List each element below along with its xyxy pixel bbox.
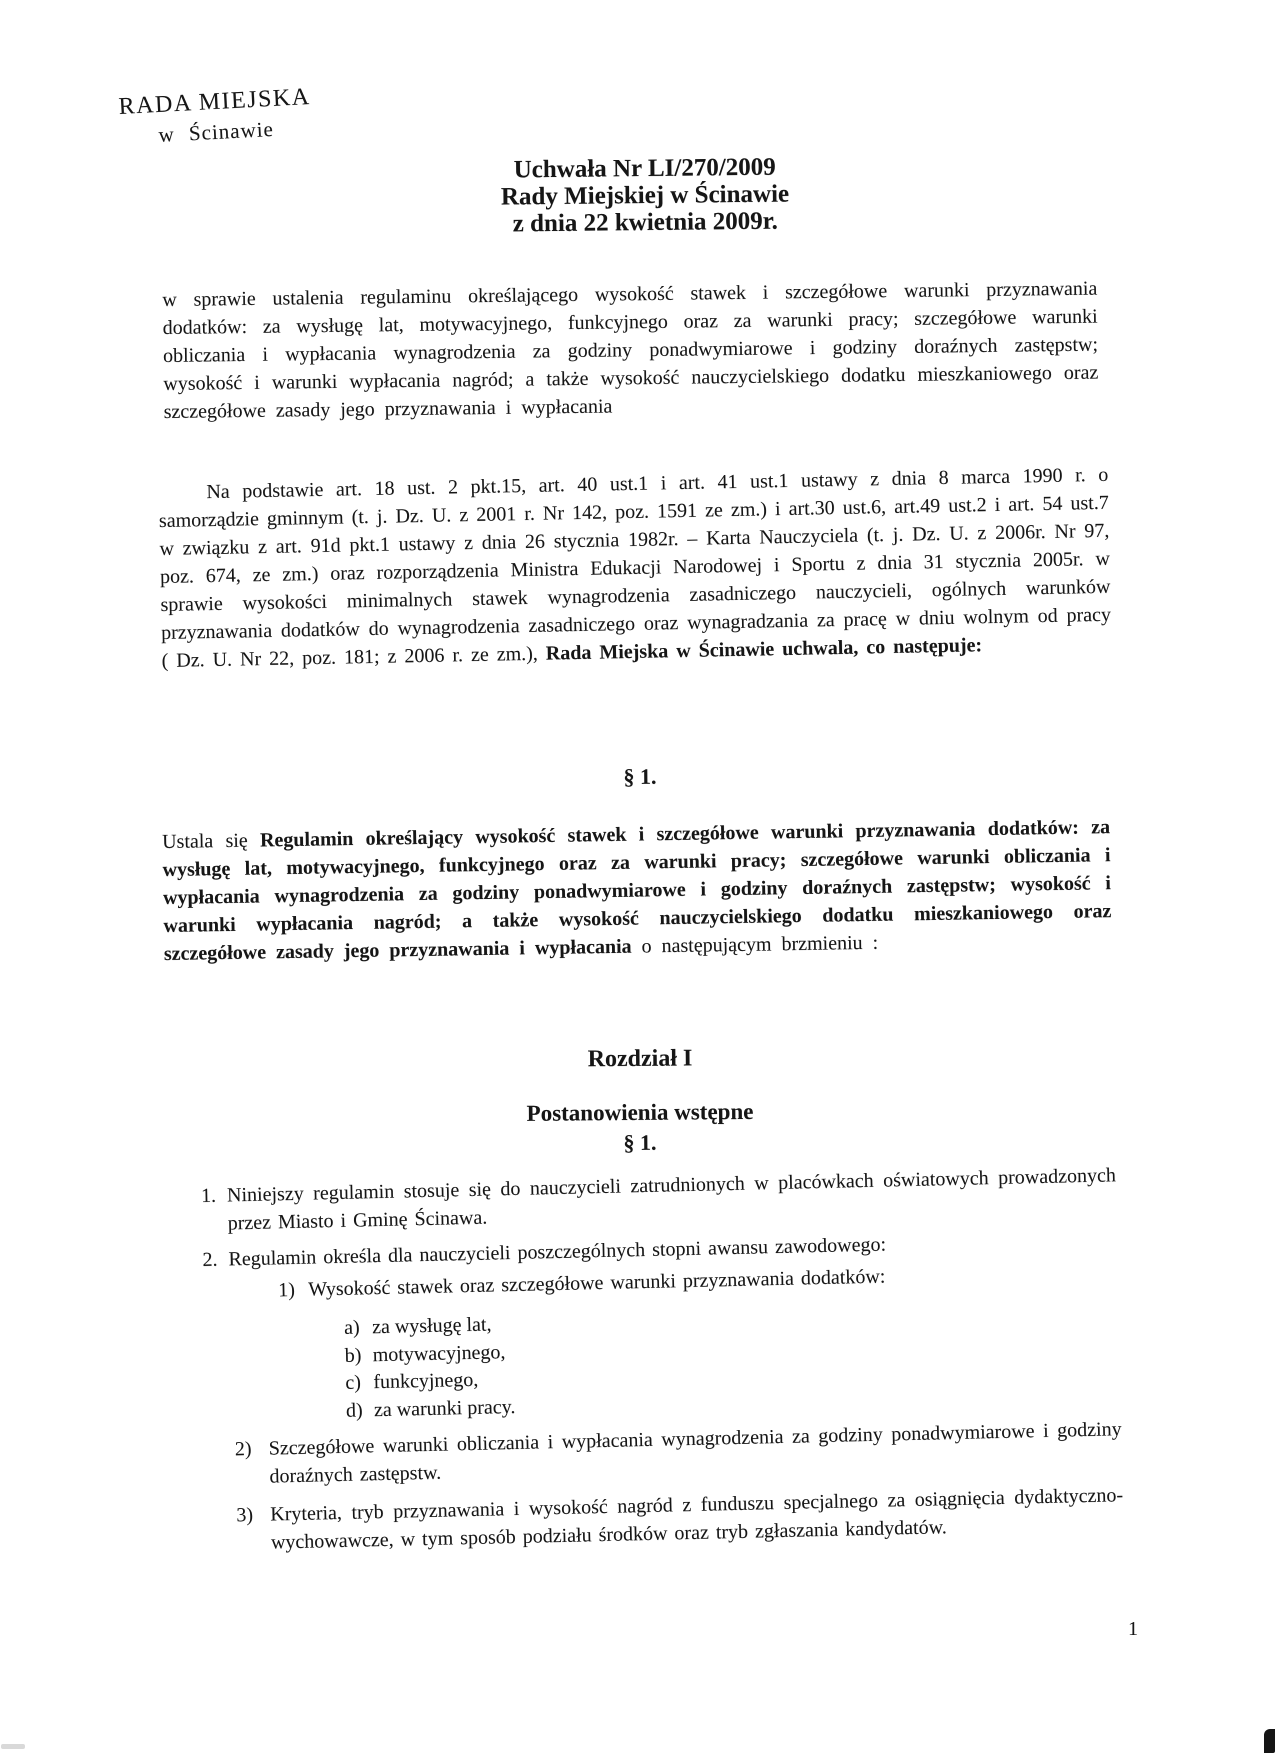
chapter-section-heading: § 1. [165, 1126, 1115, 1160]
council-stamp: RADA MIEJSKA w Ścinawie [118, 84, 313, 150]
scan-artifact-bottom-right [1264, 1729, 1275, 1753]
list-item-1-marker: 1. [201, 1181, 228, 1238]
letter-item-b-text: motywacyjnego, [372, 1339, 505, 1370]
resolution-lead-text: Ustala się [162, 829, 260, 853]
list-item-1: 1. Niniejszy regulamin stosuje się do na… [201, 1161, 1117, 1238]
resolution-title: Uchwała Nr LI/270/2009 Rady Miejskiej w … [170, 150, 1121, 241]
regulation-list: 1. Niniejszy regulamin stosuje się do na… [201, 1161, 1124, 1558]
list-item-2-marker: 2. [202, 1245, 229, 1274]
letter-item-c-marker: c) [345, 1369, 374, 1397]
chapter-subtitle: Postanowienia wstępne [165, 1096, 1115, 1130]
letter-item-a-marker: a) [344, 1314, 373, 1342]
scan-artifact-bottom-left [1, 1744, 25, 1749]
list-subitem-3-marker: 3) [236, 1501, 271, 1558]
list-subitem-3: 3) Kryteria, tryb przyznawania i wysokoś… [236, 1481, 1124, 1557]
page-number: 1 [1128, 1618, 1138, 1641]
scanned-document-page: RADA MIEJSKA w Ścinawie Uchwała Nr LI/27… [0, 0, 1275, 1753]
letter-item-d-text: za warunki pracy. [374, 1393, 516, 1424]
resolution-paragraph: Ustala się Regulamin określający wysokoś… [162, 813, 1112, 968]
list-subitem-2: 2) Szczegółowe warunki obliczania i wypł… [234, 1415, 1122, 1491]
subject-paragraph: w sprawie ustalenia regulaminu określają… [162, 275, 1099, 426]
list-item-1-text: Niniejszy regulamin stosuje się do naucz… [227, 1161, 1117, 1237]
letter-item-a-text: za wysługę lat, [372, 1311, 492, 1341]
list-subitem-2-text: Szczegółowe warunki obliczania i wypłaca… [268, 1415, 1122, 1490]
legal-basis-conclusion: Rada Miejska w Ścinawie uchwala, co nast… [546, 634, 983, 664]
legal-basis-paragraph: Na podstawie art. 18 ust. 2 pkt.15, art.… [158, 461, 1112, 675]
letter-item-c-text: funkcyjnego, [373, 1367, 479, 1397]
stamp-org-location: w Ścinawie [120, 115, 313, 150]
list-subitem-1-marker: 1) [278, 1276, 309, 1305]
list-subitem-2-marker: 2) [234, 1435, 269, 1492]
list-subitem-3-text: Kryteria, tryb przyznawania i wysokość n… [270, 1481, 1124, 1556]
resolution-tail-text: o następującym brzmieniu : [631, 932, 878, 958]
section-1-heading: § 1. [165, 760, 1115, 794]
letter-list: a) za wysługę lat, b) motywacyjnego, c) … [344, 1297, 1121, 1425]
letter-item-d-marker: d) [346, 1397, 375, 1425]
chapter-heading: Rozdział I [165, 1042, 1115, 1077]
letter-item-b-marker: b) [344, 1342, 373, 1370]
